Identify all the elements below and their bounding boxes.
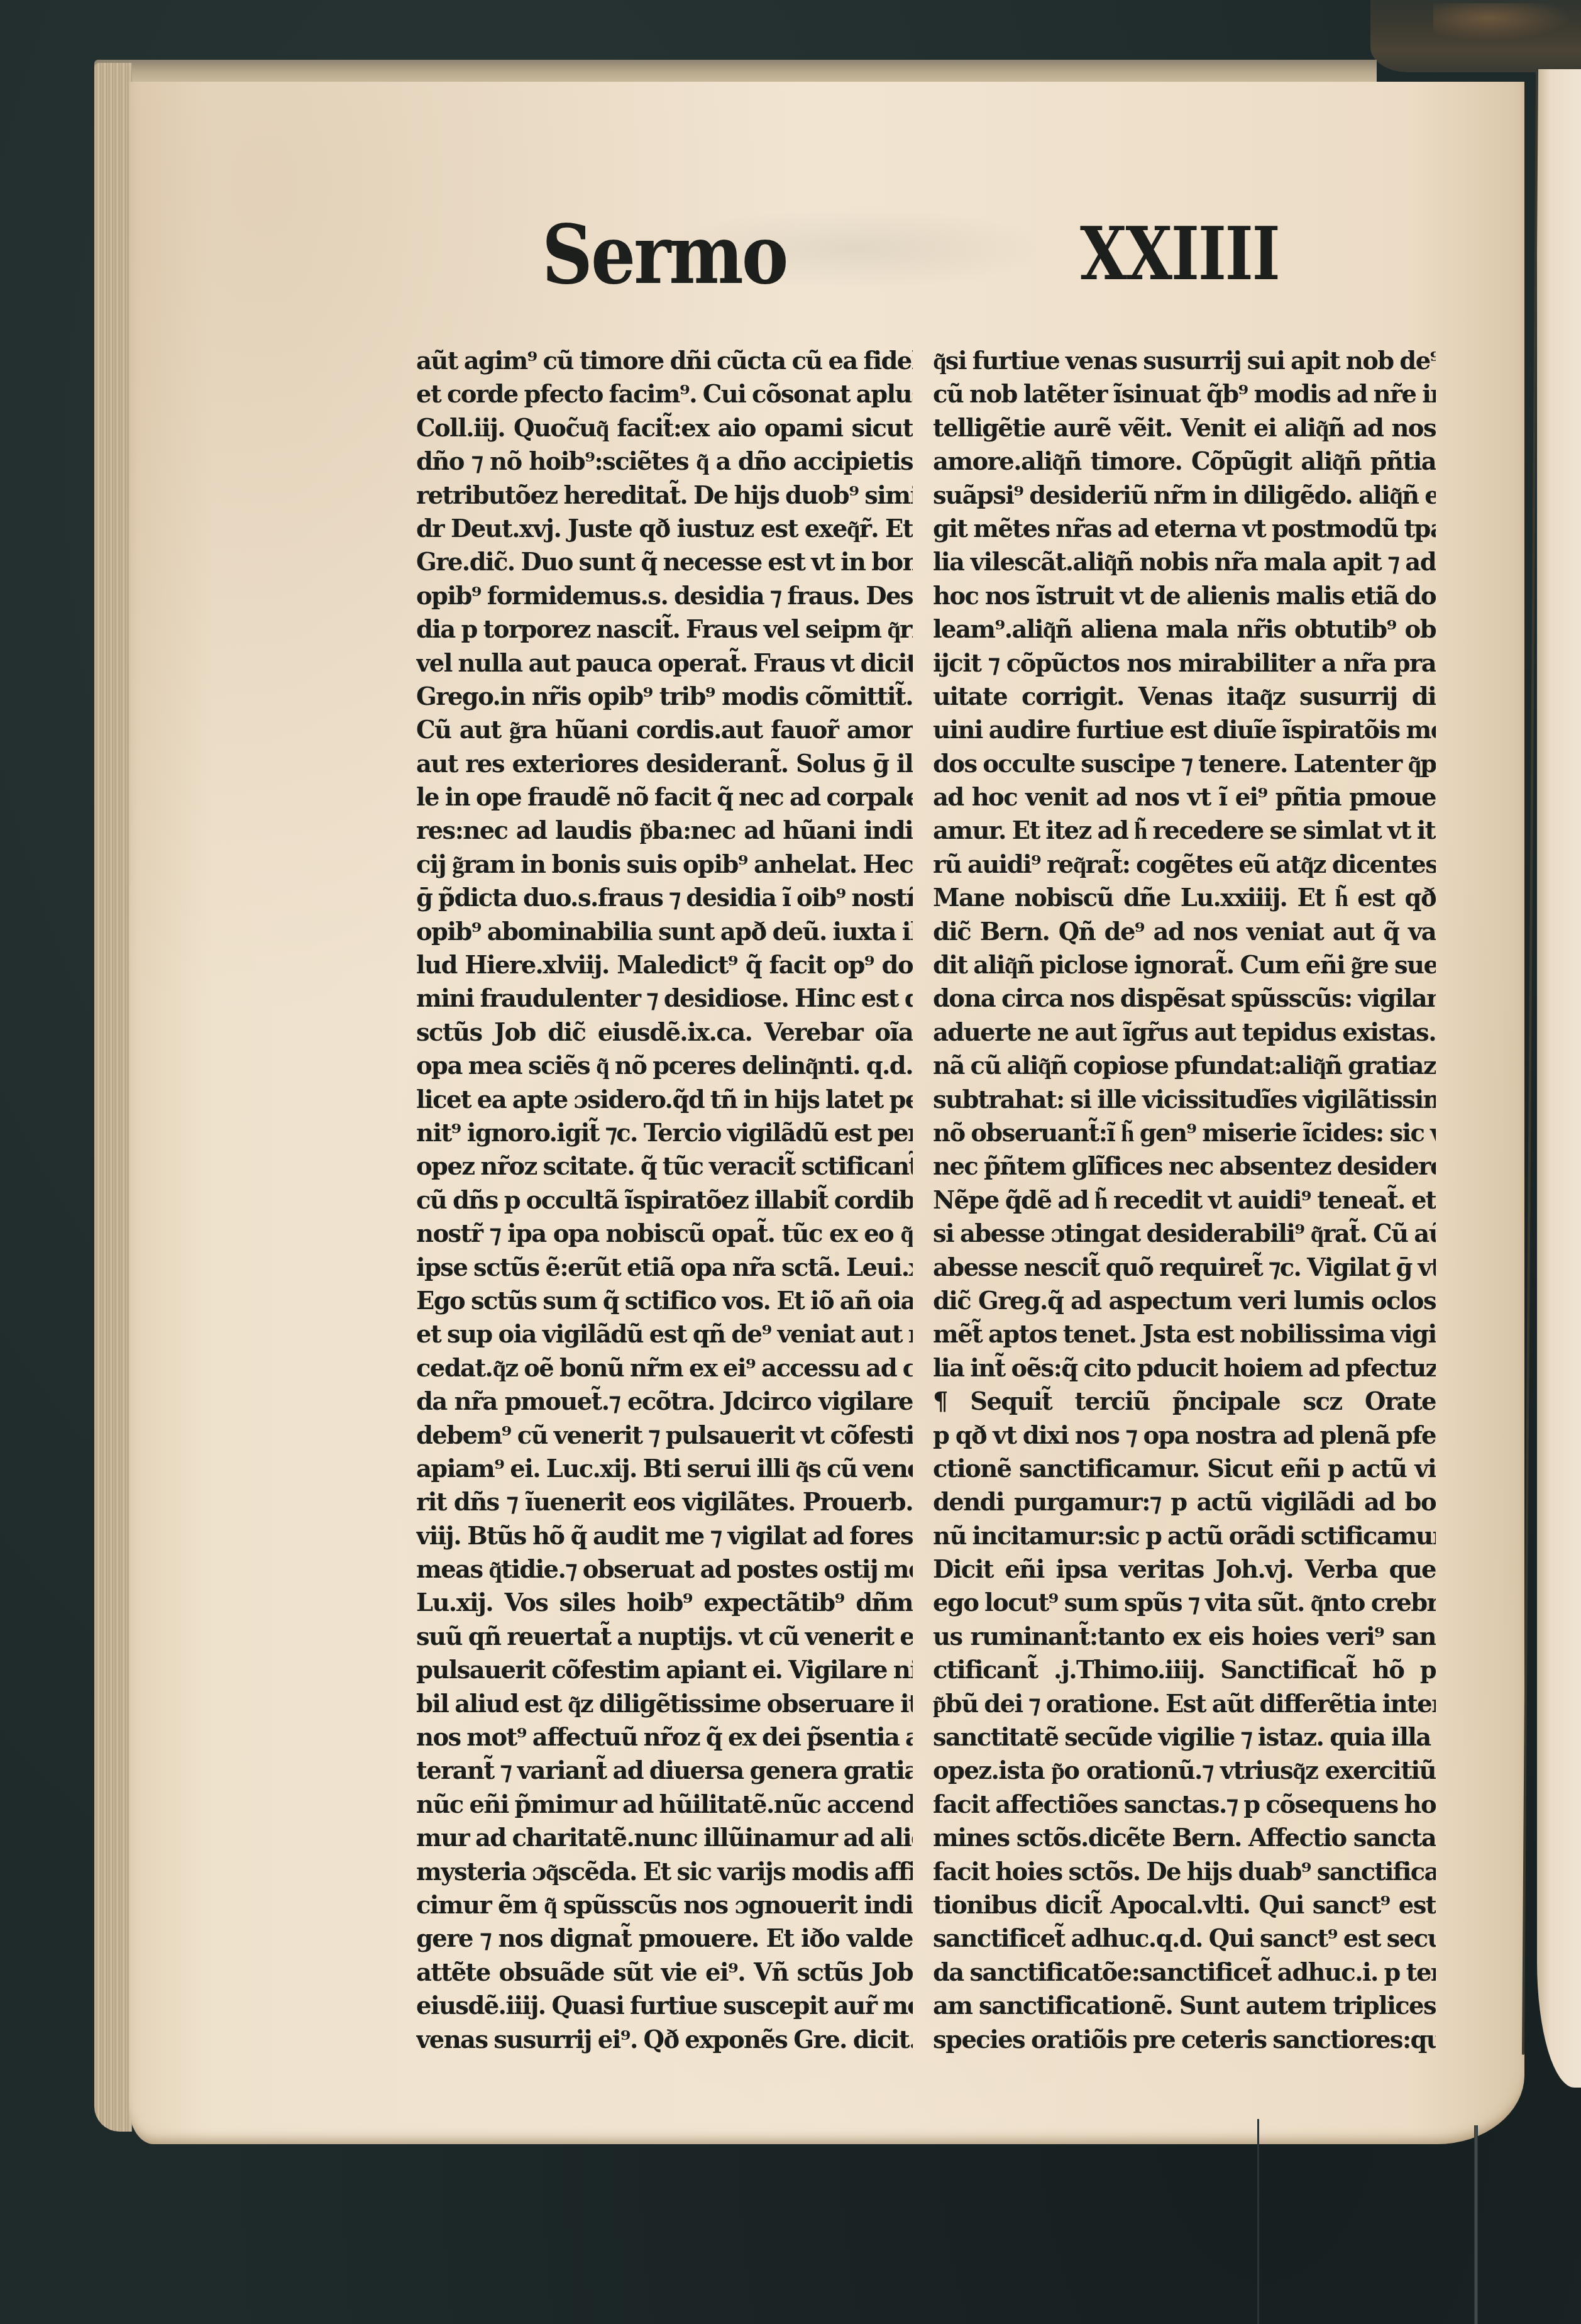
text-line: facit affectiões sanctas.⁊ p cõsequens h… [933,1788,1436,1822]
text-line: opa mea sciẽs q͂ nõ pceres delinq͂nti. q… [416,1049,913,1083]
text-line: terant̃ ⁊ variant̃ ad diuersa genera gra… [416,1754,913,1788]
text-line: dit aliq͂ñ piclose ignorat̃. Cum eñi g͂r… [933,949,1436,982]
text-line: amore.aliq͂ñ timore. Cõpũgit aliq͂ñ pñti… [933,445,1436,479]
text-line: Ego sctũs sum q̃ sctifico vos. Et iõ añ … [416,1285,913,1318]
text-line: sanctificet̃ adhuc.q.d. Qui sanct⁹ est s… [933,1922,1436,1956]
text-line: debem⁹ cũ venerit ⁊ pulsauerit vt cõfest… [416,1419,913,1452]
text-line: cimur ẽm q͂ spũsscũs nos ɔgnouerit indi [416,1889,913,1922]
text-line: hoc nos ĩstruit vt de alienis malis etiã… [933,580,1436,613]
text-line: ḡ p̃dicta duo.s.fraus ⁊ desidia ĩ oib⁹ n… [416,882,913,915]
text-line: nõ obseruant̃:ĩ h͂ gen⁹ miserie ĩcides: … [933,1117,1436,1150]
text-line: opez.ista p͂o orationũ.⁊ vtriusq͂z exerc… [933,1754,1436,1788]
facing-page-edge [1537,69,1581,2088]
text-line: telligẽtie aurẽ vẽit. Venit ei aliq͂ñ ad… [933,412,1436,445]
text-line: tionibus dicit̃ Apocal.vlti. Qui sanct⁹ … [933,1889,1436,1922]
text-line: res:nec ad laudis p͂ba:nec ad hũani indi [416,814,913,848]
text-line: bil aliud est q͂z diligẽtissime obseruar… [416,1688,913,1721]
text-line: q͂si furtiue venas susurrij sui apit nob… [933,345,1436,378]
text-line: dic̃ Greg.q̃ ad aspectum veri lumis oclo… [933,1285,1436,1318]
book-clamp [1474,2125,1478,2324]
text-line: vel nulla aut pauca operat̃. Fraus vt di… [416,647,913,680]
text-line: attẽte obsuãde sũt vie ei⁹. Vñ sctũs Job [416,1956,913,1989]
text-line: apiam⁹ ei. Luc.xij. Bti serui illi q͂s c… [416,1452,913,1486]
text-line: viij. Btũs hõ q̃ audit me ⁊ vigilat ad f… [416,1520,913,1553]
page-stack-left-edge [94,63,132,2132]
text-line: meas q͂tidie.⁊ obseruat ad postes ostij … [416,1553,913,1586]
text-line: da nr̃a pmouet̃.⁊ ecõtra. Jdcirco vigila… [416,1385,913,1419]
text-line: Nẽpe q̃dẽ ad h͂ recedit vt auidi⁹ teneat… [933,1184,1436,1217]
text-line: dendi purgamur:⁊ p actũ vigilãdi ad bo [933,1486,1436,1519]
text-line: Gre.dic̃. Duo sunt q̃ necesse est vt in … [416,546,913,579]
text-line: mysteria ɔq͂scẽda. Et sic varijs modis a… [416,1856,913,1889]
text-line: uini audire furtiue est diuĩe ĩspiratõis… [933,714,1436,747]
text-line: uitate corrigit. Venas itaq͂z susurrij d… [933,680,1436,714]
text-line: nos mot⁹ affectuũ nr̃oz q̃ ex dei p̃sent… [416,1721,913,1754]
text-line: nit⁹ ignoro.igit̃ ⁊c. Tercio vigilãdũ es… [416,1117,913,1150]
text-line: ¶ Sequit̃ terciũ p̃ncipale scz Orate [933,1385,1436,1419]
text-line: si abesse ɔtingat desiderabili⁹ q͂rat̃. … [933,1217,1436,1251]
text-line: leam⁹.aliq͂ñ aliena mala nr̃is obtutib⁹ … [933,613,1436,646]
text-column-left: aũt agim⁹ cũ timore dñi cũcta cũ ea fide… [416,345,913,2057]
text-column-right: q͂si furtiue venas susurrij sui apit nob… [933,345,1436,2057]
text-line: Mane nobiscũ dñe Lu.xxiiij. Et h͂ est qð [933,882,1436,915]
text-line: opez nr̃oz scitate. q̃ tũc veracit̃ scti… [416,1150,913,1183]
text-line: Dicit eñi ipsa veritas Joh.vj. Verba que [933,1553,1436,1586]
text-line: git mẽtes nr̃as ad eterna vt postmodũ tp… [933,512,1436,546]
text-line: dona circa nos dispẽsat spũsscũs: vigila… [933,982,1436,1015]
text-line: ad hoc venit ad nos vt ĩ ei⁹ pñtia pmoue [933,781,1436,814]
running-head: Sermo XXIIII [0,207,1581,283]
text-line: abesse nescit̃ quõ requiret̃ ⁊c. Vigilat… [933,1251,1436,1285]
text-line: opib⁹ abominabilia sunt apð deũ. iuxta i… [416,916,913,949]
text-line: nec p̃ñtem glĩfices nec absentez desider… [933,1150,1436,1183]
text-line: species oratiõis pre ceteris sanctiores:… [933,2023,1436,2057]
text-line: nostr̃ ⁊ ipa opa nobiscũ opat̃. tũc ex e… [416,1217,913,1251]
text-line: et corde pfecto facim⁹. Cui cõsonat aplu… [416,378,913,411]
text-line: sctũs Job dic̃ eiusdẽ.ix.ca. Verebar oĩa [416,1016,913,1049]
text-line: mines sctõs.dicẽte Bern. Affectio sancta [933,1822,1436,1855]
text-line: ctificant̃ .j.Thimo.iiij. Sanctificat̃ h… [933,1654,1436,1687]
text-line: venas susurrij ei⁹. Qð exponẽs Gre. dici… [416,2023,913,2057]
text-line: cij g͂ram in bonis suis opib⁹ anhelat. H… [416,848,913,882]
text-line: licet ea apte ɔsidero.q̃d tñ in hijs lat… [416,1083,913,1117]
text-line: rit dñs ⁊ ĩuenerit eos vigilãtes. Prouer… [416,1486,913,1519]
text-line: p͂bũ dei ⁊ oratione. Est aũt differẽtia … [933,1688,1436,1721]
text-line: sanctitatẽ secũde vigilie ⁊ istaz. quia … [933,1721,1436,1754]
text-line: lia vilescãt.aliq͂ñ nobis nr̃a mala apit… [933,546,1436,579]
text-line: ijcit ⁊ cõpũctos nos mirabiliter a nr̃a … [933,647,1436,680]
text-line: cũ nob latẽter ĩsinuat q̃b⁹ modis ad nr̃… [933,378,1436,411]
text-line: nã cũ aliq͂ñ copiose pfundat:aliq͂ñ grat… [933,1049,1436,1083]
text-line: suãpsi⁹ desideriũ nr̃m in diligẽdo. aliq… [933,479,1436,512]
text-line: et sup oia vigilãdũ est qñ de⁹ veniat au… [416,1318,913,1351]
text-line: p qð vt dixi nos ⁊ opa nostra ad plenã p… [933,1419,1436,1452]
book-cover-corner [1370,0,1581,72]
text-line: gere ⁊ nos dignat̃ pmouere. Et iðo valde [416,1922,913,1956]
page-stack-top-edge [94,60,1377,85]
text-line: retributõez hereditat̃. De hijs duob⁹ si… [416,479,913,512]
text-line: aduerte ne aut ĩgr̃us aut tepidus exista… [933,1016,1436,1049]
text-line: amur. Et itez ad h͂ recedere se simlat v… [933,814,1436,848]
text-line: dic̃ Bern. Qñ de⁹ ad nos veniat aut q̃ v… [933,916,1436,949]
text-line: pulsauerit cõfestim apiant ei. Vigilare … [416,1654,913,1687]
text-line: am sanctificationẽ. Sunt autem triplices [933,1989,1436,2023]
text-line: cedat.q͂z oẽ bonũ nr̃m ex ei⁹ accessu ad… [416,1352,913,1385]
text-line: dr Deut.xvj. Juste qð iustuz est exeq͂r̃… [416,512,913,546]
text-line: lia int̃ oẽs:q̃ cito pducit hoiem ad pfe… [933,1352,1436,1385]
text-line: suũ qñ reuertat̃ a nuptijs. vt cũ veneri… [416,1620,913,1654]
text-line: ipse sctũs ẽ:erũt etiã opa nr̃a sctã. Le… [416,1251,913,1285]
text-line: Coll.iij. Quoc̃uq͂ facit̃:ex aio opami s… [416,412,913,445]
text-line: mẽt̃ aptos tenet. Jsta est nobilissima v… [933,1318,1436,1351]
text-line: dia p torporez nascit̃. Fraus vel seipm … [416,613,913,646]
text-line: Lu.xij. Vos siles hoib⁹ expectãtib⁹ dñm [416,1586,913,1620]
text-line: cũ dñs p occultã ĩspiratõez illabit̃ cor… [416,1184,913,1217]
text-line: nũc eñi p̃mimur ad hũilitatẽ.nũc accendi [416,1788,913,1822]
scan-edge-line [1257,2119,1259,2324]
text-line: Grego.in nr̃is opib⁹ trib⁹ modis cõmitti… [416,680,913,714]
text-line: aũt agim⁹ cũ timore dñi cũcta cũ ea fide… [416,345,913,378]
text-line: facit hoies sctõs. De hijs duab⁹ sanctif… [933,1856,1436,1889]
text-line: ctionẽ sanctificamur. Sicut eñi p actũ v… [933,1452,1436,1486]
text-line: nũ incitamur:sic p actũ orãdi sctificamu… [933,1520,1436,1553]
text-line: opib⁹ formidemus.s. desidia ⁊ fraus. Des… [416,580,913,613]
running-head-number: XXIIII [1080,211,1279,297]
text-line: mur ad charitatẽ.nunc illũinamur ad aliq… [416,1822,913,1855]
text-line: mini fraudulenter ⁊ desidiose. Hinc est … [416,982,913,1015]
running-head-title: Sermo [542,207,786,302]
text-line: dos occulte suscipe ⁊ tenere. Latenter q… [933,748,1436,781]
text-line: da sanctificatõe:sanctificet̃ adhuc.i. p… [933,1956,1436,1989]
text-line: eiusdẽ.iiij. Quasi furtiue suscepit aur̃… [416,1989,913,2023]
text-line: ego locut⁹ sum spũs ⁊ vita sũt. q͂nto cr… [933,1586,1436,1620]
text-line: lud Hiere.xlviij. Maledict⁹ q̃ facit op⁹… [416,949,913,982]
text-line: us ruminant̃:tanto ex eis hoies veri⁹ sa… [933,1620,1436,1654]
text-line: Cũ aut g͂ra hũani cordis.aut fauor̃ amor [416,714,913,747]
text-line: aut res exteriores desiderant̃. Solus ḡ … [416,748,913,781]
text-line: rũ auidi⁹ req͂rat̃: cogẽtes eũ atq͂z dic… [933,848,1436,882]
text-line: subtrahat: si ille vicissitudĩes vigilãt… [933,1083,1436,1117]
text-line: le in ope fraudẽ nõ facit q̃ nec ad corp… [416,781,913,814]
text-line: dño ⁊ nõ hoib⁹:sciẽtes q͂ a dño accipiet… [416,445,913,479]
